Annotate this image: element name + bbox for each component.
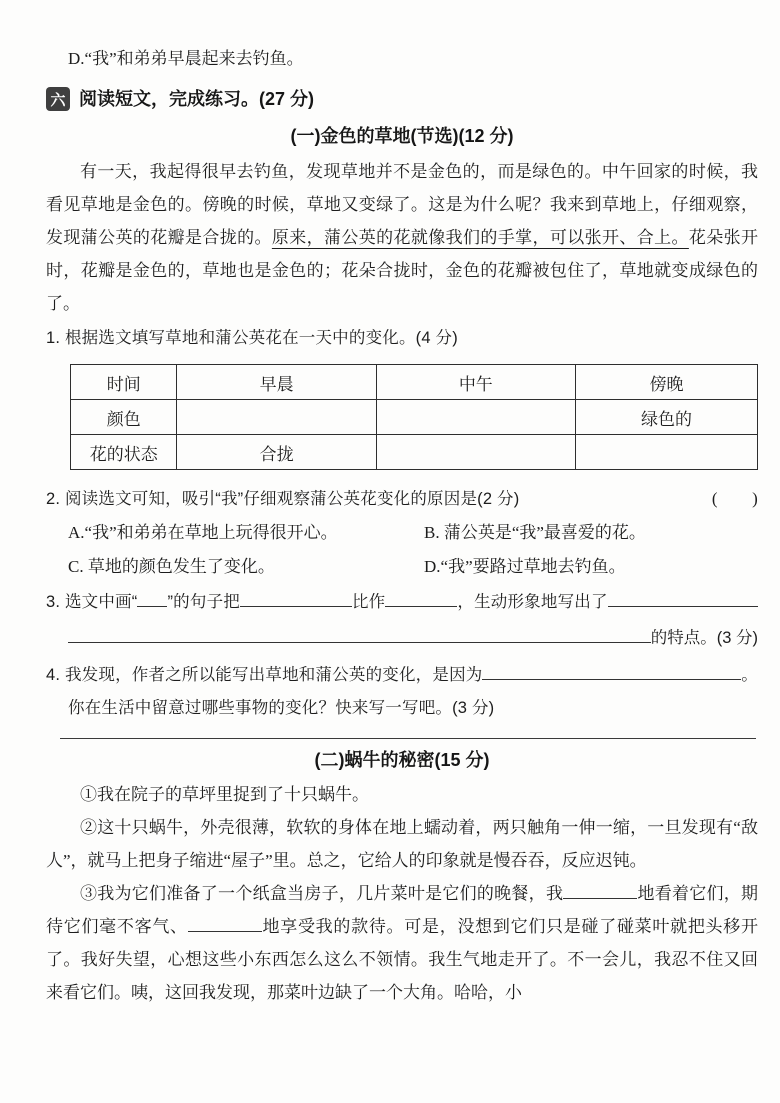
question-4-seg1: 我发现，作者之所以能写出草地和蒲公英的变化，是因为	[65, 659, 483, 692]
blank-line	[563, 882, 637, 899]
option-c: C. 草地的颜色发生了变化。	[68, 550, 424, 584]
passage1-title: (一)金色的草地(节选)(12 分)	[46, 121, 758, 151]
section-title: 阅读短文，完成练习。(27 分)	[79, 84, 314, 114]
table-cell: 时间	[71, 365, 177, 400]
question-2-stem: 2. 阅读选文可知，吸引“我”仔细观察蒲公英花变化的原因是(2 分) ( )	[46, 482, 758, 516]
question-3-seg5: 的特点。(3 分)	[651, 619, 758, 657]
previous-question-option-d: D.“我”和弟弟早晨起来去钓鱼。	[46, 42, 758, 75]
passage1-body: 有一天，我起得很早去钓鱼，发现草地并不是金色的，而是绿色的。中午回家的时候，我看…	[46, 155, 758, 320]
blank-line	[482, 663, 741, 680]
blank-line	[137, 590, 167, 607]
passage2-para-3: ③我为它们准备了一个纸盒当房子，几片菜叶是它们的晚餐，我地看着它们，期待它们毫不…	[46, 877, 758, 1009]
passage2-para-1: ①我在院子的草坪里捉到了十只蜗牛。	[46, 778, 758, 811]
question-4-line2: 你在生活中留意过哪些事物的变化？快来写一写吧。(3 分)	[46, 692, 758, 725]
question-3-seg4: ，生动形象地写出了	[457, 586, 607, 619]
question-3-seg1: 选文中画“	[65, 586, 138, 619]
change-table: 时间 早晨 中午 傍晚 颜色 绿色的 花的状态 合拢	[70, 364, 758, 470]
question-3-seg2: ”的句子把	[167, 586, 240, 619]
section-header: 六 阅读短文，完成练习。(27 分)	[46, 84, 758, 114]
question-4-number: 4.	[46, 659, 60, 692]
question-2-text: 阅读选文可知，吸引“我”仔细观察蒲公英花变化的原因是(2 分)	[65, 490, 519, 508]
table-cell: 中午	[376, 365, 575, 400]
question-3-seg3: 比作	[352, 586, 385, 619]
passage2-para-2: ②这十只蜗牛，外壳很薄，软软的身体在地上蠕动着，两只触角一伸一缩，一旦发现有“敌…	[46, 811, 758, 877]
question-4: 4. 我发现，作者之所以能写出草地和蒲公英的变化，是因为。 你在生活中留意过哪些…	[46, 659, 758, 725]
table-cell-blank	[575, 435, 757, 470]
question-1-number: 1.	[46, 329, 60, 347]
table-cell: 合拢	[177, 435, 376, 470]
blank-line	[240, 590, 352, 607]
question-4-seg2: 。	[741, 659, 758, 692]
section-divider	[60, 738, 756, 739]
question-1-stem: 1. 根据选文填写草地和蒲公英花在一天中的变化。(4 分)	[46, 322, 758, 355]
table-cell: 绿色的	[575, 400, 757, 435]
table-cell: 早晨	[177, 365, 376, 400]
question-2-number: 2.	[46, 490, 60, 508]
blank-line	[188, 915, 262, 932]
option-d: D.“我”要路过草地去钓鱼。	[424, 550, 758, 584]
table-row-time: 时间 早晨 中午 傍晚	[71, 365, 758, 400]
table-cell: 花的状态	[71, 435, 177, 470]
answer-brackets: ( )	[734, 482, 758, 515]
table-cell: 傍晚	[575, 365, 757, 400]
option-a: A.“我”和弟弟在草地上玩得很开心。	[68, 516, 424, 550]
passage2-para3-seg1: ③我为它们准备了一个纸盒当房子，几片菜叶是它们的晚餐，我	[80, 884, 563, 903]
exam-page: D.“我”和弟弟早晨起来去钓鱼。 六 阅读短文，完成练习。(27 分) (一)金…	[0, 0, 780, 1103]
question-4-line1: 4. 我发现，作者之所以能写出草地和蒲公英的变化，是因为。	[46, 659, 758, 692]
passage2-title: (二)蜗牛的秘密(15 分)	[46, 745, 758, 775]
question-1-text: 根据选文填写草地和蒲公英花在一天中的变化。(4 分)	[65, 329, 458, 347]
table-cell-blank	[177, 400, 376, 435]
question-3: 3. 选文中画“”的句子把比作，生动形象地写出了 的特点。(3 分)	[46, 586, 758, 657]
blank-line	[608, 590, 758, 607]
table-row-flower-state: 花的状态 合拢	[71, 435, 758, 470]
table-cell-blank	[376, 435, 575, 470]
underlined-sentence: 原来，蒲公英的花就像我们的手掌，可以张开、合上。	[272, 228, 689, 247]
blank-line	[385, 590, 457, 607]
question-3-line1: 3. 选文中画“”的句子把比作，生动形象地写出了	[46, 586, 758, 619]
table-cell: 颜色	[71, 400, 177, 435]
question-3-line2: 的特点。(3 分)	[46, 619, 758, 657]
question-3-number: 3.	[46, 586, 60, 619]
section-number-badge: 六	[46, 87, 70, 111]
question-2-options: A.“我”和弟弟在草地上玩得很开心。 B. 蒲公英是“我”最喜爱的花。 C. 草…	[46, 516, 758, 584]
blank-line	[68, 627, 651, 643]
option-b: B. 蒲公英是“我”最喜爱的花。	[424, 516, 758, 550]
table-cell-blank	[376, 400, 575, 435]
table-row-color: 颜色 绿色的	[71, 400, 758, 435]
